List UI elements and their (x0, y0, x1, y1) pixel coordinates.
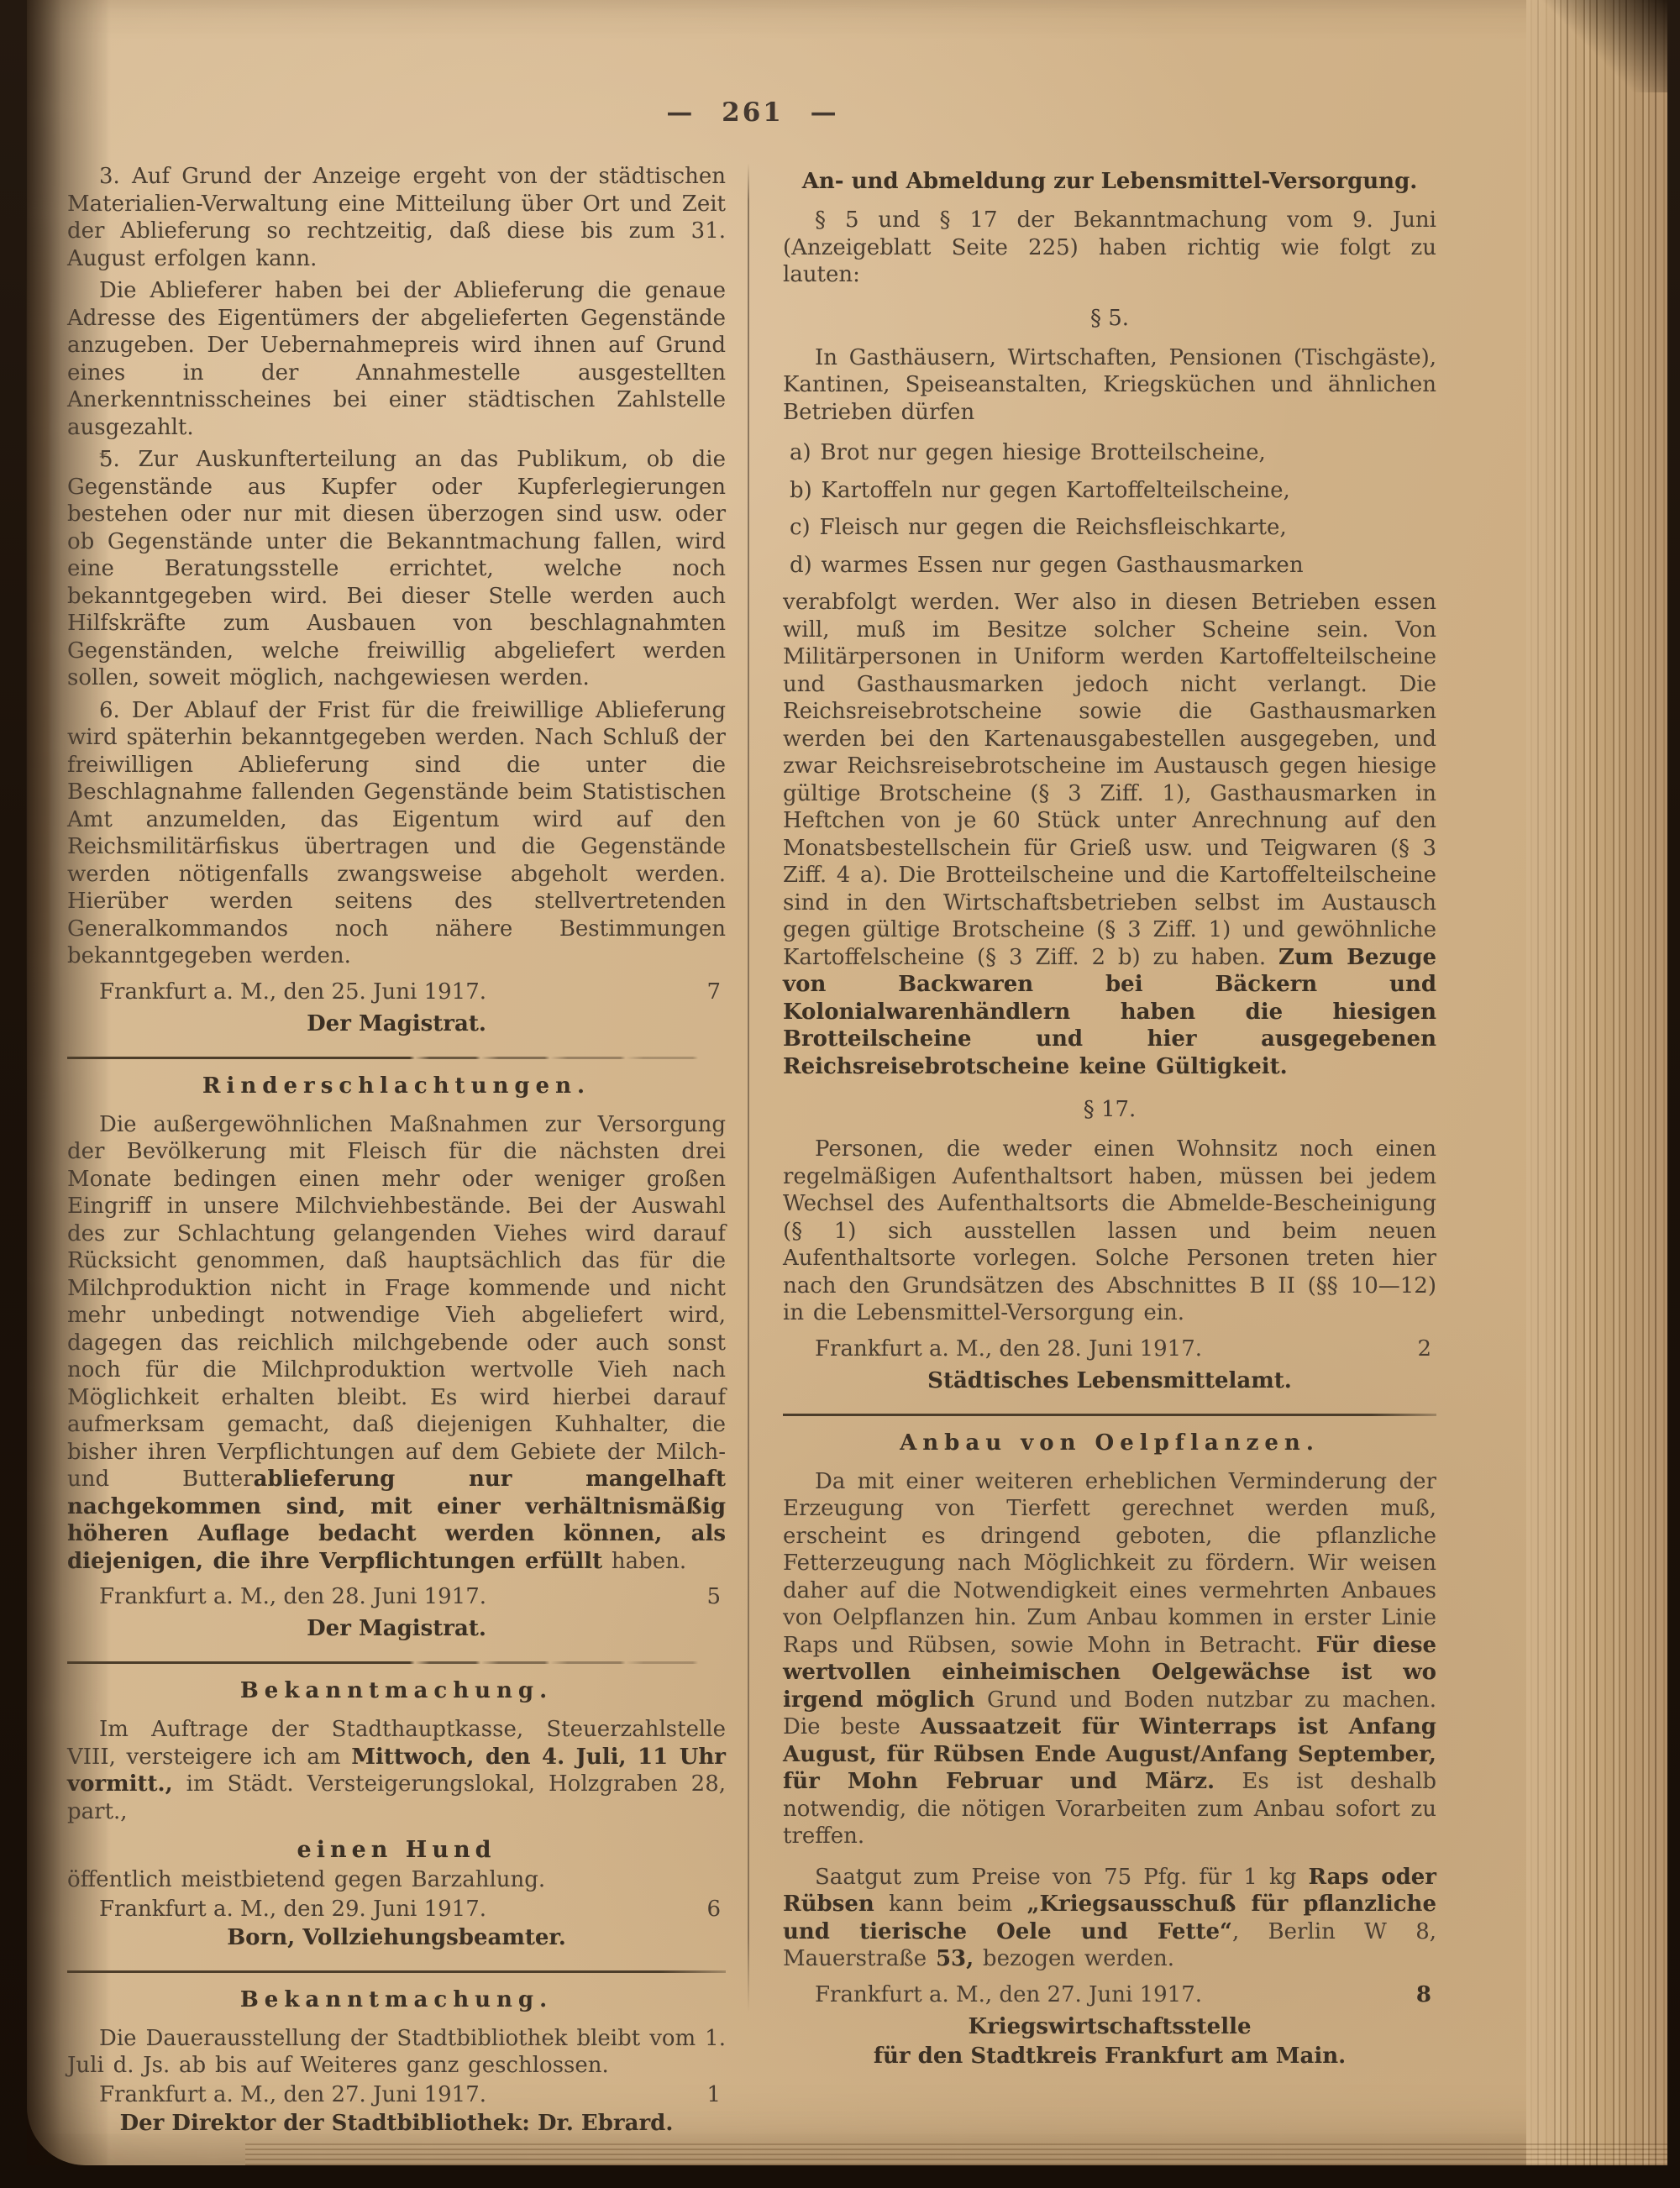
page-edge-stack (1526, 0, 1667, 2165)
list-item: b) Kartoffeln nur gegen Kartoffelteilsch… (783, 477, 1436, 505)
notice-number: 2 (1417, 1335, 1436, 1362)
section-food-registration: An- und Abmeldung zur Lebensmittel-Verso… (783, 168, 1436, 1395)
paragraph: In Gasthäusern, Wirtschaften, Pensionen … (783, 344, 1436, 427)
section-cattle-notice: Rinderschlachtungen. Die außergewöhnlich… (67, 1073, 726, 1644)
book-page: — 261 — 3. Auf Grund der Anzeige ergeht … (27, 0, 1667, 2165)
dateline: Frankfurt a. M., den 27. Juni 1917. 1 (67, 2081, 726, 2108)
notice-number: 5 (706, 1583, 726, 1610)
book-scan: { "page_header": { "page_number": "— 261… (0, 0, 1680, 2188)
dateline: Frankfurt a. M., den 27. Juni 1917. 8 (783, 1981, 1436, 2008)
paragraph: *5. Zur Auskunfterteilung an das Publiku… (67, 446, 726, 692)
paragraph: § 5 und § 17 der Bekanntmachung vom 9. J… (783, 207, 1436, 289)
section-heading: Anbau von Oelpflanzen. (783, 1430, 1436, 1456)
section-heading: Bekanntmachung. (67, 1986, 726, 2013)
section-library-notice: Bekanntmachung. Die Dauerausstellung der… (67, 1986, 726, 2138)
page-content: — 261 — 3. Auf Grund der Anzeige ergeht … (67, 0, 1438, 2138)
signature: für den Stadtkreis Frankfurt am Main. (783, 2043, 1436, 2070)
paragraph-heading: § 5. (783, 306, 1436, 331)
dateline: Frankfurt a. M., den 28. Juni 1917. 2 (783, 1335, 1436, 1362)
page-bottom-edges (245, 2143, 1667, 2165)
list-item: d) warmes Essen nur gegen Gasthausmarken (783, 552, 1436, 580)
signature: Der Direktor der Stadtbibliothek: Dr. Eb… (67, 2110, 726, 2138)
column-right: An- und Abmeldung zur Lebensmittel-Verso… (749, 163, 1436, 2138)
list-item: c) Fleisch nur gegen die Reichsfleischka… (783, 514, 1436, 542)
signature: Born, Vollziehungsbeamter. (67, 1924, 726, 1952)
section-copper-notice: 3. Auf Grund der Anzeige ergeht von der … (67, 163, 726, 1038)
notice-number: 1 (706, 2081, 726, 2108)
dateline: Frankfurt a. M., den 28. Juni 1917. 5 (67, 1583, 726, 1610)
dateline: Frankfurt a. M., den 25. Juni 1917. 7 (67, 979, 726, 1005)
section-heading: Bekanntmachung. (67, 1677, 726, 1704)
paragraph: Die Ablieferer haben bei der Ablieferung… (67, 277, 726, 441)
dateline-place: Frankfurt a. M., den 27. Juni 1917. (67, 2081, 486, 2108)
print-artifact: * (67, 444, 108, 472)
notice-number: 8 (1416, 1981, 1436, 2008)
section-auction-notice: Bekanntmachung. Im Auftrage der Stadthau… (67, 1677, 726, 1952)
dateline-place: Frankfurt a. M., den 28. Juni 1917. (67, 1583, 486, 1610)
section-divider (67, 1057, 726, 1059)
section-heading: An- und Abmeldung zur Lebensmittel-Verso… (783, 168, 1436, 195)
paragraph: Die Dauerausstellung der Stadtbibliothek… (67, 2025, 726, 2080)
dateline: Frankfurt a. M., den 29. Juni 1917. 6 (67, 1896, 726, 1923)
paragraph: Saatgut zum Preise von 75 Pfg. für 1 kg … (783, 1864, 1436, 1973)
paragraph: Im Auftrage der Stadthauptkasse, Steuerz… (67, 1716, 726, 1825)
list-item: a) Brot nur gegen hiesige Brotteilschein… (783, 439, 1436, 467)
paragraph: 6. Der Ablauf der Frist für die freiwill… (67, 697, 726, 970)
paragraph: verabfolgt werden. Wer also in diesen Be… (783, 589, 1436, 1080)
dateline-place: Frankfurt a. M., den 27. Juni 1917. (783, 1981, 1202, 2008)
signature: Der Magistrat. (67, 1010, 726, 1038)
dateline-place: Frankfurt a. M., den 28. Juni 1917. (783, 1335, 1202, 1362)
page-number: — 261 — (67, 97, 1438, 128)
section-divider (67, 1661, 726, 1664)
signature: Kriegswirtschaftsstelle (783, 2013, 1436, 2041)
section-oil-plants: Anbau von Oelpflanzen. Da mit einer weit… (783, 1430, 1436, 2070)
text-columns: 3. Auf Grund der Anzeige ergeht von der … (67, 163, 1438, 2138)
notice-number: 6 (706, 1896, 726, 1923)
paragraph: öffentlich meistbietend gegen Barzahlung… (67, 1866, 726, 1894)
signature: Der Magistrat. (67, 1615, 726, 1643)
auction-object: einen Hund (67, 1837, 726, 1863)
dateline-place: Frankfurt a. M., den 29. Juni 1917. (67, 1896, 486, 1923)
section-heading: Rinderschlachtungen. (67, 1073, 726, 1099)
paragraph: Personen, die weder einen Wohnsitz noch … (783, 1136, 1436, 1327)
dateline-place: Frankfurt a. M., den 25. Juni 1917. (67, 979, 486, 1005)
column-left: 3. Auf Grund der Anzeige ergeht von der … (67, 163, 748, 2138)
notice-number: 7 (706, 979, 726, 1005)
signature: Städtisches Lebensmittelamt. (783, 1367, 1436, 1395)
paragraph-heading: § 17. (783, 1097, 1436, 1122)
section-divider (67, 1970, 726, 1973)
paragraph: 3. Auf Grund der Anzeige ergeht von der … (67, 163, 726, 272)
book-cover-corner (1541, 0, 1667, 92)
paragraph: Die außergewöhnlichen Maßnahmen zur Vers… (67, 1111, 726, 1576)
paragraph: Da mit einer weiteren erheblichen Vermin… (783, 1468, 1436, 1850)
section-divider (783, 1414, 1436, 1416)
